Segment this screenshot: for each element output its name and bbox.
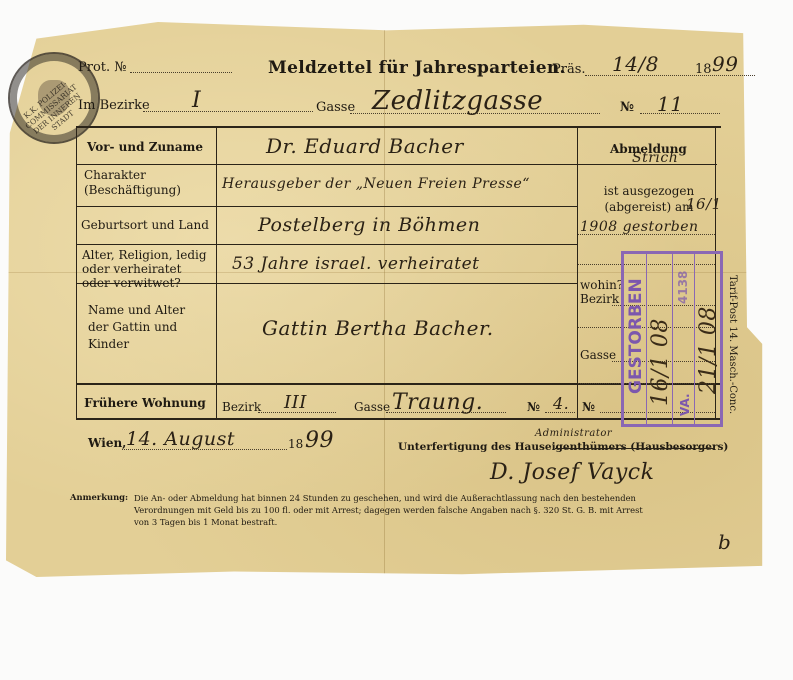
signature-note: Administrator (535, 428, 612, 439)
wohin-label: wohin? (580, 278, 623, 292)
value-age-religion: 53 Jahre israel. verheiratet (232, 254, 479, 274)
wohin-bezirk-label: Bezirk (580, 292, 619, 306)
table-top-rule (76, 126, 721, 128)
bezirk-value: I (192, 88, 201, 113)
deceased-stamp: GESTORBEN VA. 4138 16/1 08 21/1 08 (621, 251, 723, 427)
prot-field (130, 72, 232, 73)
anmerkung-line: Die An- oder Abmeldung hat binnen 24 Stu… (134, 492, 694, 504)
pras-label: Präs. (552, 62, 586, 77)
pras-date: 14/8 (612, 52, 659, 76)
stamp-divider (646, 254, 647, 424)
abmeldung-date: 16/1 (686, 195, 722, 213)
bezirk-label: Im Bezirke (78, 98, 150, 113)
table-left-border (76, 128, 77, 385)
signature: D. Josef Vayck (490, 460, 654, 485)
wohin-nr-label: № (582, 400, 595, 414)
table-left-border (76, 385, 77, 419)
row-label-spouse-children: Name und Alter der Gattin und Kinder (78, 302, 206, 353)
pras-year-printed: 18 (695, 62, 712, 77)
prev-gasse-label: Gasse (354, 400, 390, 414)
nr-label: № (620, 100, 634, 115)
row-label-birthplace: Geburtsort und Land (78, 218, 212, 233)
row-label-name: Vor- und Zuname (78, 140, 212, 155)
stamp-number: 4138 (676, 271, 690, 304)
strike-through (555, 448, 715, 449)
anmerkung-line: von 3 Tagen bis 1 Monat bestraft. (134, 516, 694, 528)
anmerkung-line: Verordnungen mit Geld bis zu 100 fl. ode… (134, 504, 694, 516)
stamp-date1: 16/1 08 (648, 318, 673, 406)
prev-bezirk-value: III (284, 392, 307, 413)
prot-label: Prot. № (78, 60, 127, 75)
document-title: Meldzettel für Jahresparteien. (268, 58, 566, 78)
value-occupation: Herausgeber der „Neuen Freien Presse“ (222, 176, 530, 192)
value-name: Dr. Eduard Bacher (266, 134, 464, 158)
footer-year-written: 99 (305, 428, 334, 453)
footer-date: 14. August (126, 428, 235, 450)
prev-nr-value: 4. (553, 394, 569, 413)
pras-year-written: 99 (712, 52, 738, 76)
wohin-gasse-label: Gasse (580, 348, 616, 362)
prev-nr-label: № (527, 400, 540, 414)
table-col-divider (216, 128, 217, 418)
place-label: Wien, (88, 436, 126, 450)
value-birthplace: Postelberg in Böhmen (258, 214, 480, 236)
side-print-tarif: Tarif-Post 14. Masch.-Conc. (727, 275, 738, 414)
bezirk-field (143, 111, 313, 112)
row-label-occupation: Charakter (Beschäftigung) (78, 168, 212, 198)
prev-bezirk-label: Bezirk (222, 400, 261, 414)
footer-year-printed: 18 (288, 437, 303, 451)
prev-gasse-value: Traung. (392, 390, 483, 415)
row-divider (76, 244, 577, 245)
stamp-sub-right: VA. (678, 393, 692, 416)
corner-mark: b (718, 530, 731, 554)
row-label-previous-residence: Frühere Wohnung (78, 396, 212, 411)
row-label-age-religion: Alter, Religion, ledig oder verheiratet … (78, 248, 212, 290)
anmerkung-text: Die An- oder Abmeldung hat binnen 24 Stu… (134, 492, 694, 528)
stamp-date2: 21/1 08 (696, 306, 721, 394)
stamp-gestorben-text: GESTORBEN (626, 278, 646, 394)
abmeldung-header-note: Strich (632, 150, 678, 166)
table-col-divider (577, 128, 578, 418)
value-spouse: Gattin Bertha Bacher. (262, 316, 494, 340)
abmeldung-note: 1908 gestorben (580, 219, 699, 235)
signature-label: Unterfertigung des Hauseigenthümers (Hau… (398, 441, 728, 453)
anmerkung-label: Anmerkung: (70, 492, 128, 502)
nr-value: 11 (657, 92, 683, 116)
abmeldung-line (578, 234, 715, 235)
stamp-divider (694, 254, 695, 424)
gasse-value: Zedlitzgasse (372, 86, 543, 116)
row-divider (76, 206, 577, 207)
row-divider (76, 164, 577, 165)
